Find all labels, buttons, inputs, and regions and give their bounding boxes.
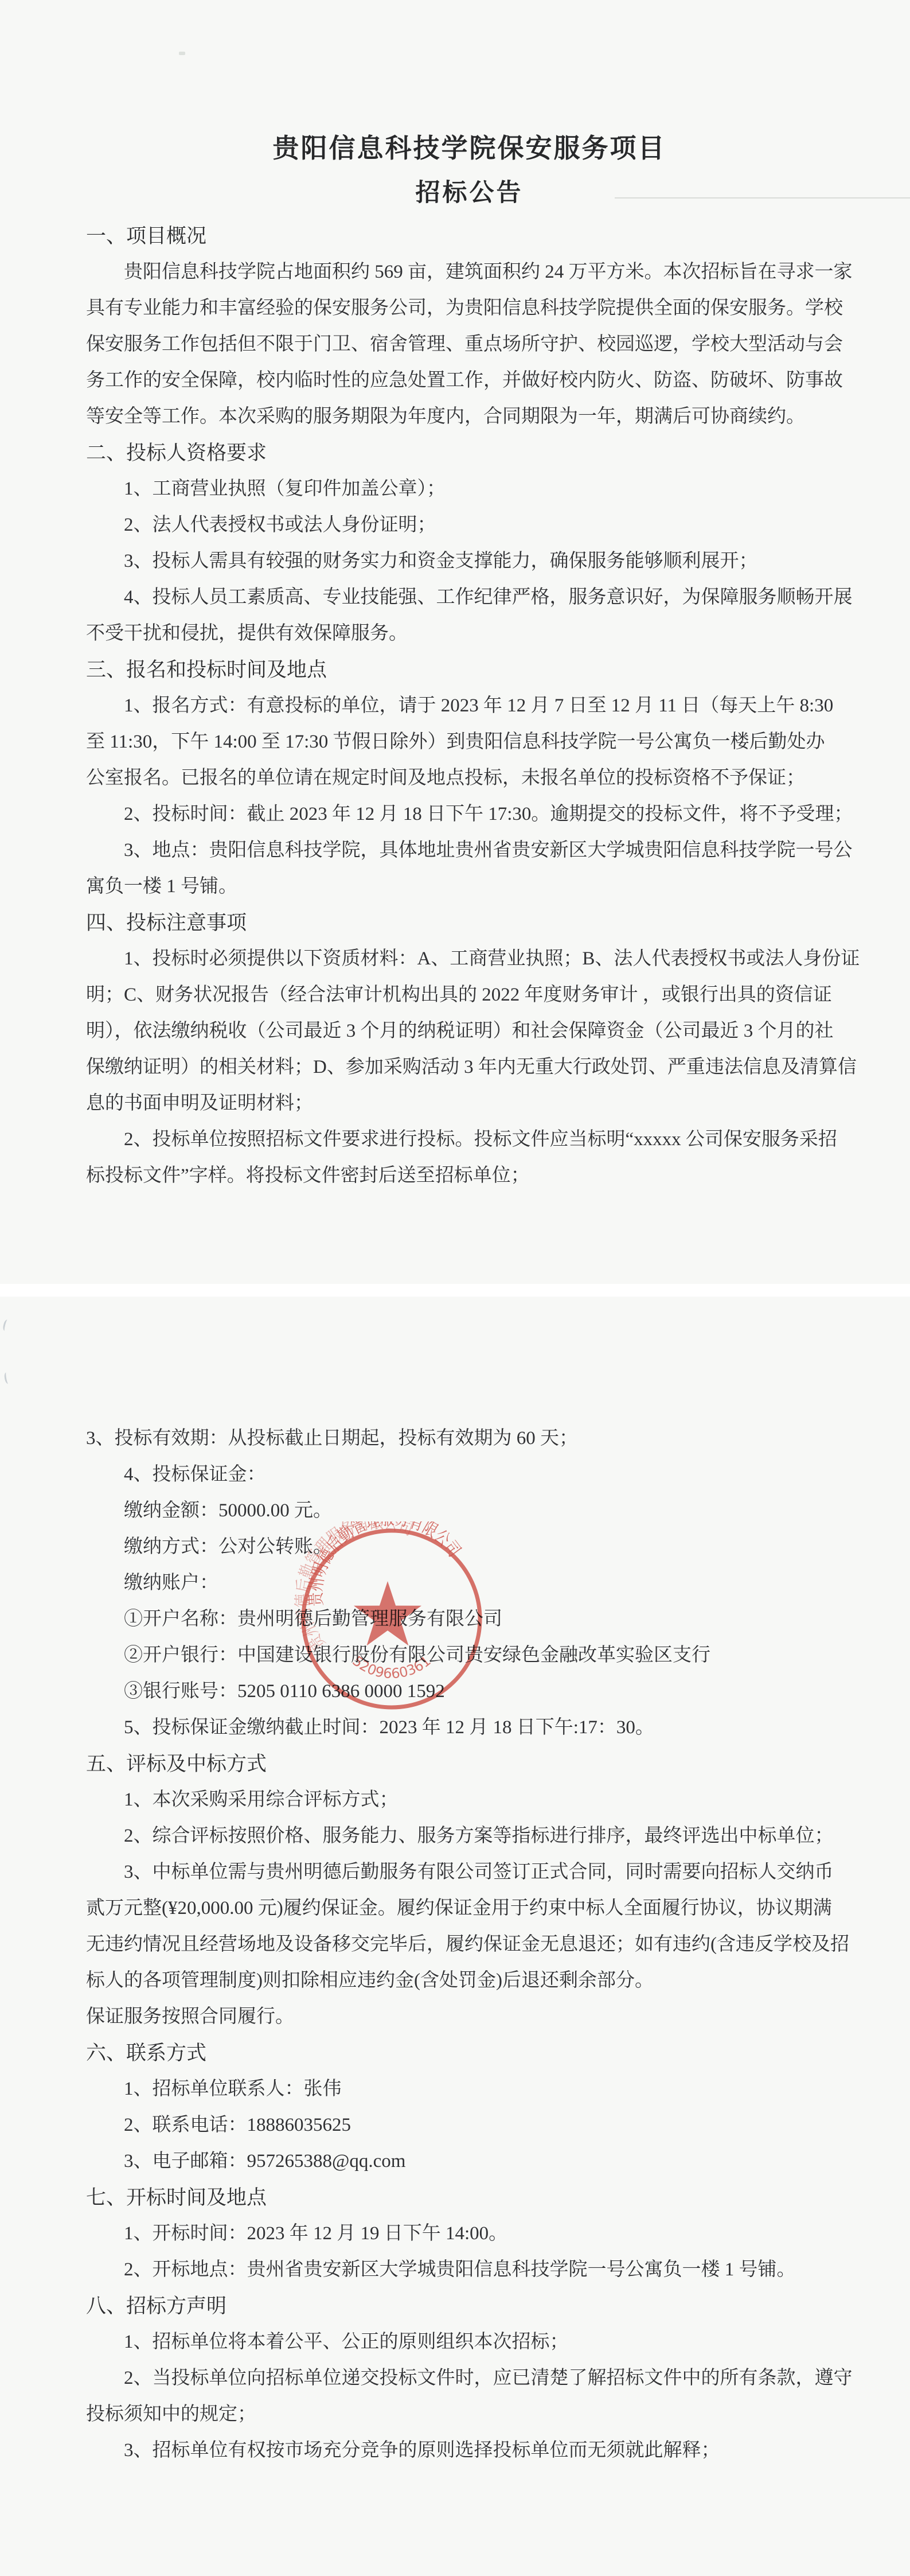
list-item: 1、投标时必须提供以下资质材料：A、工商营业执照；B、法人代表授权书或法人身份证: [86, 941, 853, 977]
contact-email-line: 3、电子邮箱：957265388@qq.com: [86, 2143, 853, 2180]
edge-pen-mark: [2, 1319, 10, 1332]
list-item: 3、招标单位有权按市场充分竞争的原则选择投标单位而无须就此解释；: [86, 2433, 853, 2469]
list-item: 2、投标时间：截止 2023 年 12 月 18 日下午 17:30。逾期提交的…: [86, 796, 853, 832]
paragraph-line: 保安服务工作包括但不限于门卫、宿舍管理、重点场所守护、校园巡逻，学校大型活动与会: [86, 326, 853, 363]
seal-code-text: 5209660361: [349, 1653, 433, 1682]
paragraph-line: 保缴纳证明）的相关材料；D、参加采购活动 3 年内无重大行政处罚、严重违法信息及…: [86, 1049, 853, 1085]
paragraph-line: 明；C、财务状况报告（经合法审计机构出具的 2022 年度财务审计 ，或银行出具…: [86, 977, 853, 1013]
section-heading-5: 五、评标及中标方式: [86, 1746, 853, 1782]
contact-person-line: 1、招标单位联系人：张伟: [86, 2071, 853, 2107]
scan-speck: [179, 52, 185, 55]
list-item: 3、投标有效期：从投标截止日期起，投标有效期为 60 天；: [86, 1421, 853, 1457]
paragraph-line: 等安全等工作。本次采购的服务期限为年度内，合同期限为一年，期满后可协商续约。: [86, 399, 853, 435]
paragraph-line: 息的书面申明及证明材料；: [86, 1085, 853, 1122]
paragraph-line: 保证服务按照合同履行。: [86, 1999, 853, 2035]
document-title: 贵阳信息科技学院保安服务项目: [86, 134, 853, 162]
list-item: 2、综合评标按照价格、服务能力、服务方案等指标进行排序，最终评选出中标单位；: [86, 1818, 853, 1854]
paragraph-line: 贰万元整(¥20,000.00 元)履约保证金。履约保证金用于约束中标人全面履行…: [86, 1890, 853, 1927]
section-heading-2: 二、投标人资格要求: [86, 435, 853, 471]
edge-pen-mark: [3, 1372, 10, 1384]
contact-phone-line: 2、联系电话：18886035625: [86, 2107, 853, 2143]
list-item: 2、法人代表授权书或法人身份证明；: [86, 507, 853, 543]
paragraph-line: 公室报名。已报名的单位请在规定时间及地点投标，未报名单位的投标资格不予保证；: [86, 760, 853, 796]
list-item: 2、投标单位按照招标文件要求进行投标。投标文件应当标明“xxxxx 公司保安服务…: [86, 1122, 853, 1158]
bid-opening-place-line: 2、开标地点：贵州省贵安新区大学城贵阳信息科技学院一号公寓负一楼 1 号铺。: [86, 2252, 853, 2288]
list-item: 3、投标人需具有较强的财务实力和资金支撑能力，确保服务能够顺利展开；: [86, 543, 853, 579]
paragraph-line: 务工作的安全保障，校内临时性的应急处置工作，并做好校内防火、防盗、防破坏、防事故: [86, 363, 853, 399]
list-item: 2、当投标单位向招标单位递交投标文件时，应已清楚了解招标文件中的所有条款，遵守: [86, 2360, 853, 2396]
list-item: 4、投标保证金：: [86, 1457, 853, 1493]
paragraph-line: 投标须知中的规定；: [86, 2396, 853, 2433]
document-subtitle: 招标公告: [86, 181, 853, 205]
company-seal-stamp: 贵州明德后勤管理服务有限公司 5209660361 贵州明德后勤管理服务有限公司: [294, 1522, 489, 1717]
paragraph-line: 至 11:30，下午 14:00 至 17:30 节假日除外）到贵阳信息科技学院…: [86, 724, 853, 760]
paragraph-line: 寓负一楼 1 号铺。: [86, 869, 853, 905]
section-heading-1: 一、项目概况: [86, 218, 853, 254]
scanned-document-page: 贵阳信息科技学院保安服务项目 招标公告 一、项目概况 贵阳信息科技学院占地面积约…: [0, 0, 910, 2576]
section-heading-8: 八、招标方声明: [86, 2288, 853, 2324]
paragraph-line: 标投标文件”字样。将投标文件密封后送至招标单位；: [86, 1158, 853, 1194]
seal-graphic: 贵州明德后勤管理服务有限公司 5209660361 贵州明德后勤管理服务有限公司: [294, 1522, 489, 1717]
list-item: 1、工商营业执照（复印件加盖公章）；: [86, 471, 853, 507]
paragraph-line: 标人的各项管理制度)则扣除相应违约金(含处罚金)后退还剩余部分。: [86, 1963, 853, 1999]
list-item: 1、本次采购采用综合评标方式；: [86, 1782, 853, 1818]
bid-opening-time-line: 1、开标时间：2023 年 12 月 19 日下午 14:00。: [86, 2216, 853, 2252]
list-item: 1、报名方式：有意投标的单位，请于 2023 年 12 月 7 日至 12 月 …: [86, 688, 853, 724]
section-heading-3: 三、报名和投标时间及地点: [86, 652, 853, 688]
list-item: 3、地点：贵阳信息科技学院，具体地址贵州省贵安新区大学城贵阳信息科技学院一号公: [86, 832, 853, 869]
list-item: 3、中标单位需与贵州明德后勤服务有限公司签订正式合同，同时需要向招标人交纳币: [86, 1854, 853, 1890]
section-heading-6: 六、联系方式: [86, 2035, 853, 2071]
paragraph-line: 具有专业能力和丰富经验的保安服务公司，为贵阳信息科技学院提供全面的保安服务。学校: [86, 290, 853, 326]
paragraph-line: 明），依法缴纳税收（公司最近 3 个月的纳税证明）和社会保障资金（公司最近 3 …: [86, 1013, 853, 1049]
document-body: 贵阳信息科技学院保安服务项目 招标公告 一、项目概况 贵阳信息科技学院占地面积约…: [86, 134, 853, 2469]
paragraph-line: 无违约情况且经营场地及设备移交完毕后，履约保证金无息退还；如有违约(含违反学校及…: [86, 1927, 853, 1963]
paragraph-line: 贵阳信息科技学院占地面积约 569 亩，建筑面积约 24 万平方米。本次招标旨在…: [86, 254, 853, 290]
section-heading-7: 七、开标时间及地点: [86, 2180, 853, 2216]
seal-star-icon: [354, 1581, 421, 1645]
list-item: 4、投标人员工素质高、专业技能强、工作纪律严格，服务意识好，为保障服务顺畅开展: [86, 579, 853, 616]
section-heading-4: 四、投标注意事项: [86, 905, 853, 941]
paragraph-line: 不受干扰和侵扰，提供有效保障服务。: [86, 616, 853, 652]
list-item: 1、招标单位将本着公平、公正的原则组织本次招标；: [86, 2324, 853, 2360]
